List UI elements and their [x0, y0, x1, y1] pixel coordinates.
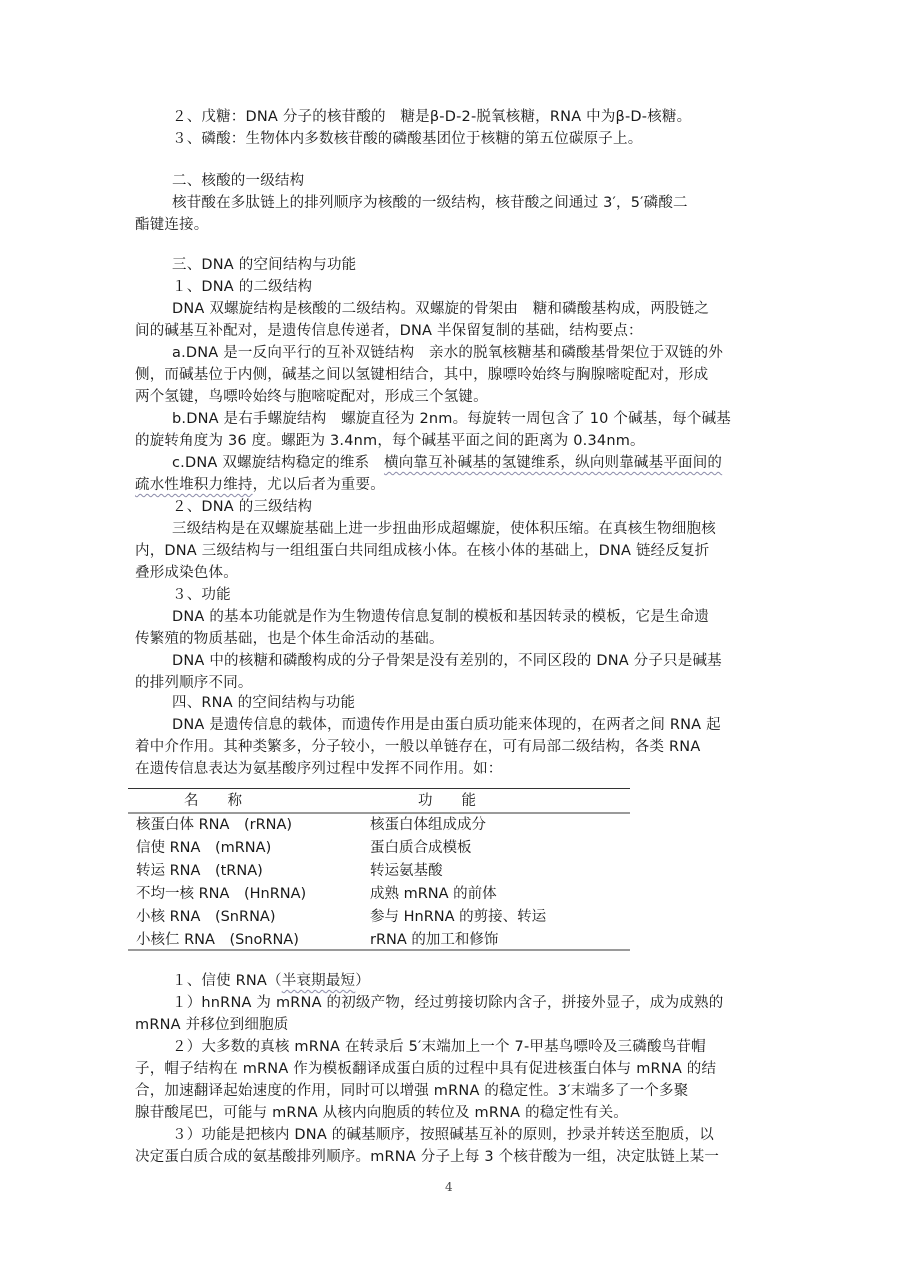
heading-text: １、信使 RNA（	[172, 973, 282, 989]
table-cell-name: 转运 RNA (tRNA)	[136, 861, 263, 881]
text-line: DNA 中的核糖和磷酸构成的分子骨架是没有差别的，不同区段的 DNA 分子只是碱…	[172, 651, 772, 671]
subsection-heading: ３、功能	[172, 585, 772, 605]
heading-text: ）	[355, 973, 370, 989]
text-line: 决定蛋白质合成的氨基酸排列顺序。mRNA 分子上每 3 个核苷酸为一组，决定肽链…	[135, 1147, 775, 1167]
table-header-name: 名 称	[184, 791, 242, 811]
text-line: 的排列顺序不同。	[135, 673, 775, 693]
text-line: 传繁殖的物质基础，也是个体生命活动的基础。	[135, 629, 775, 649]
text-line: 在遗传信息表达为氨基酸序列过程中发挥不同作用。如：	[135, 759, 775, 779]
table-cell-function: 成熟 mRNA 的前体	[370, 884, 497, 904]
text-line: DNA 双螺旋结构是核酸的二级结构。双螺旋的骨架由 糖和磷酸基构成，两股链之	[172, 299, 772, 319]
text-line: a.DNA 是一反向平行的互补双链结构 亲水的脱氧核糖基和磷酸基骨架位于双链的外	[172, 343, 772, 363]
underlined-text: 半衰期最短	[282, 973, 356, 989]
table-top-rule	[128, 788, 630, 789]
text-line: 侧，而碱基位于内侧，碱基之间以氢键相结合，其中，腺嘌呤始终与胸腺嘧啶配对，形成	[135, 365, 775, 385]
page-number: 4	[445, 1180, 453, 1194]
table-cell-name: 核蛋白体 RNA (rRNA)	[136, 815, 292, 835]
text-line: 腺苷酸尾巴，可能与 mRNA 从核内向胞质的转位及 mRNA 的稳定性有关。	[135, 1103, 775, 1123]
section-heading: 三、DNA 的空间结构与功能	[172, 255, 772, 275]
text-line: ３、磷酸：生物体内多数核苷酸的磷酸基团位于核糖的第五位碳原子上。	[172, 129, 772, 149]
text-line: 合，加速翻译起始速度的作用，同时可以增强 mRNA 的稳定性。3′末端多了一个多…	[135, 1081, 775, 1101]
underlined-text: 疏水性堆积力维持	[135, 477, 253, 493]
text-line: 的旋转角度为 36 度。螺距为 3.4nm，每个碱基平面之间的距离为 0.34n…	[135, 431, 775, 451]
text-line: 内，DNA 三级结构与一组组蛋白共同组成核小体。在核小体的基础上，DNA 链经反…	[135, 541, 775, 561]
table-cell-name: 小核 RNA (SnRNA)	[136, 907, 276, 927]
text-plain: c.DNA 双螺旋结构稳定的维系	[172, 455, 384, 471]
text-line: ３）功能是把核内 DNA 的碱基顺序，按照碱基互补的原则，抄录并转送至胞质，以	[172, 1125, 772, 1145]
text-plain: ，尤以后者为重要。	[253, 477, 385, 493]
table-bottom-rule	[128, 949, 630, 951]
text-line: 酯键连接。	[135, 215, 775, 235]
section-heading: 二、核酸的一级结构	[172, 171, 772, 191]
table-cell-function: 转运氨基酸	[370, 861, 443, 881]
table-cell-function: rRNA 的加工和修饰	[370, 930, 498, 950]
table-cell-name: 信使 RNA (mRNA)	[136, 838, 271, 858]
text-line: 两个氢键，鸟嘌呤始终与胞嘧啶配对，形成三个氢键。	[135, 387, 775, 407]
text-line: c.DNA 双螺旋结构稳定的维系 横向靠互补碱基的氢键维系，纵向则靠碱基平面间的	[172, 453, 772, 473]
subsection-heading: １、信使 RNA（半衰期最短）	[172, 971, 772, 991]
table-header-function: 功 能	[418, 791, 476, 811]
subsection-heading: ２、DNA 的三级结构	[172, 497, 772, 517]
text-line: 核苷酸在多肽链上的排列顺序为核酸的一级结构，核苷酸之间通过 3′，5′磷酸二	[172, 193, 772, 213]
text-line: 叠形成染色体。	[135, 563, 775, 583]
text-line: b.DNA 是右手螺旋结构 螺旋直径为 2nm。每旋转一周包含了 10 个碱基，…	[172, 409, 772, 429]
text-line: mRNA 并移位到细胞质	[135, 1015, 775, 1035]
text-line: ２、戊糖：DNA 分子的核苷酸的 糖是β-D-2-脱氧核糖，RNA 中为β-D-…	[172, 107, 772, 127]
text-line: １）hnRNA 为 mRNA 的初级产物，经过剪接切除内含子，拼接外显子，成为成…	[172, 993, 772, 1013]
text-line: 子，帽子结构在 mRNA 作为模板翻译成蛋白质的过程中具有促进核蛋白体与 mRN…	[135, 1059, 775, 1079]
section-heading: 四、RNA 的空间结构与功能	[172, 693, 772, 713]
table-cell-function: 蛋白质合成模板	[370, 838, 472, 858]
table-header-rule	[128, 812, 630, 814]
table-cell-name: 不均一核 RNA (HnRNA)	[136, 884, 306, 904]
text-line: ２）大多数的真核 mRNA 在转录后 5′末端加上一个 7-甲基鸟嘌呤及三磷酸鸟…	[172, 1037, 772, 1057]
text-line: DNA 是遗传信息的载体，而遗传作用是由蛋白质功能来体现的，在两者之间 RNA …	[172, 715, 772, 735]
text-line: 三级结构是在双螺旋基础上进一步扭曲形成超螺旋，使体积压缩。在真核生物细胞核	[172, 519, 772, 539]
text-line: DNA 的基本功能就是作为生物遗传信息复制的模板和基因转录的模板，它是生命遗	[172, 607, 772, 627]
subsection-heading: １、DNA 的二级结构	[172, 277, 772, 297]
table-cell-function: 核蛋白体组成成分	[370, 815, 486, 835]
text-line: 疏水性堆积力维持，尤以后者为重要。	[135, 475, 775, 495]
text-line: 间的碱基互补配对，是遗传信息传递者，DNA 半保留复制的基础，结构要点：	[135, 321, 775, 341]
table-cell-name: 小核仁 RNA (SnoRNA)	[136, 930, 299, 950]
text-line: 着中介作用。其种类繁多，分子较小，一般以单链存在，可有局部二级结构，各类 RNA	[135, 737, 775, 757]
underlined-text: 横向靠互补碱基的氢键维系，纵向则靠碱基平面间的	[384, 455, 722, 471]
table-cell-function: 参与 HnRNA 的剪接、转运	[370, 907, 546, 927]
